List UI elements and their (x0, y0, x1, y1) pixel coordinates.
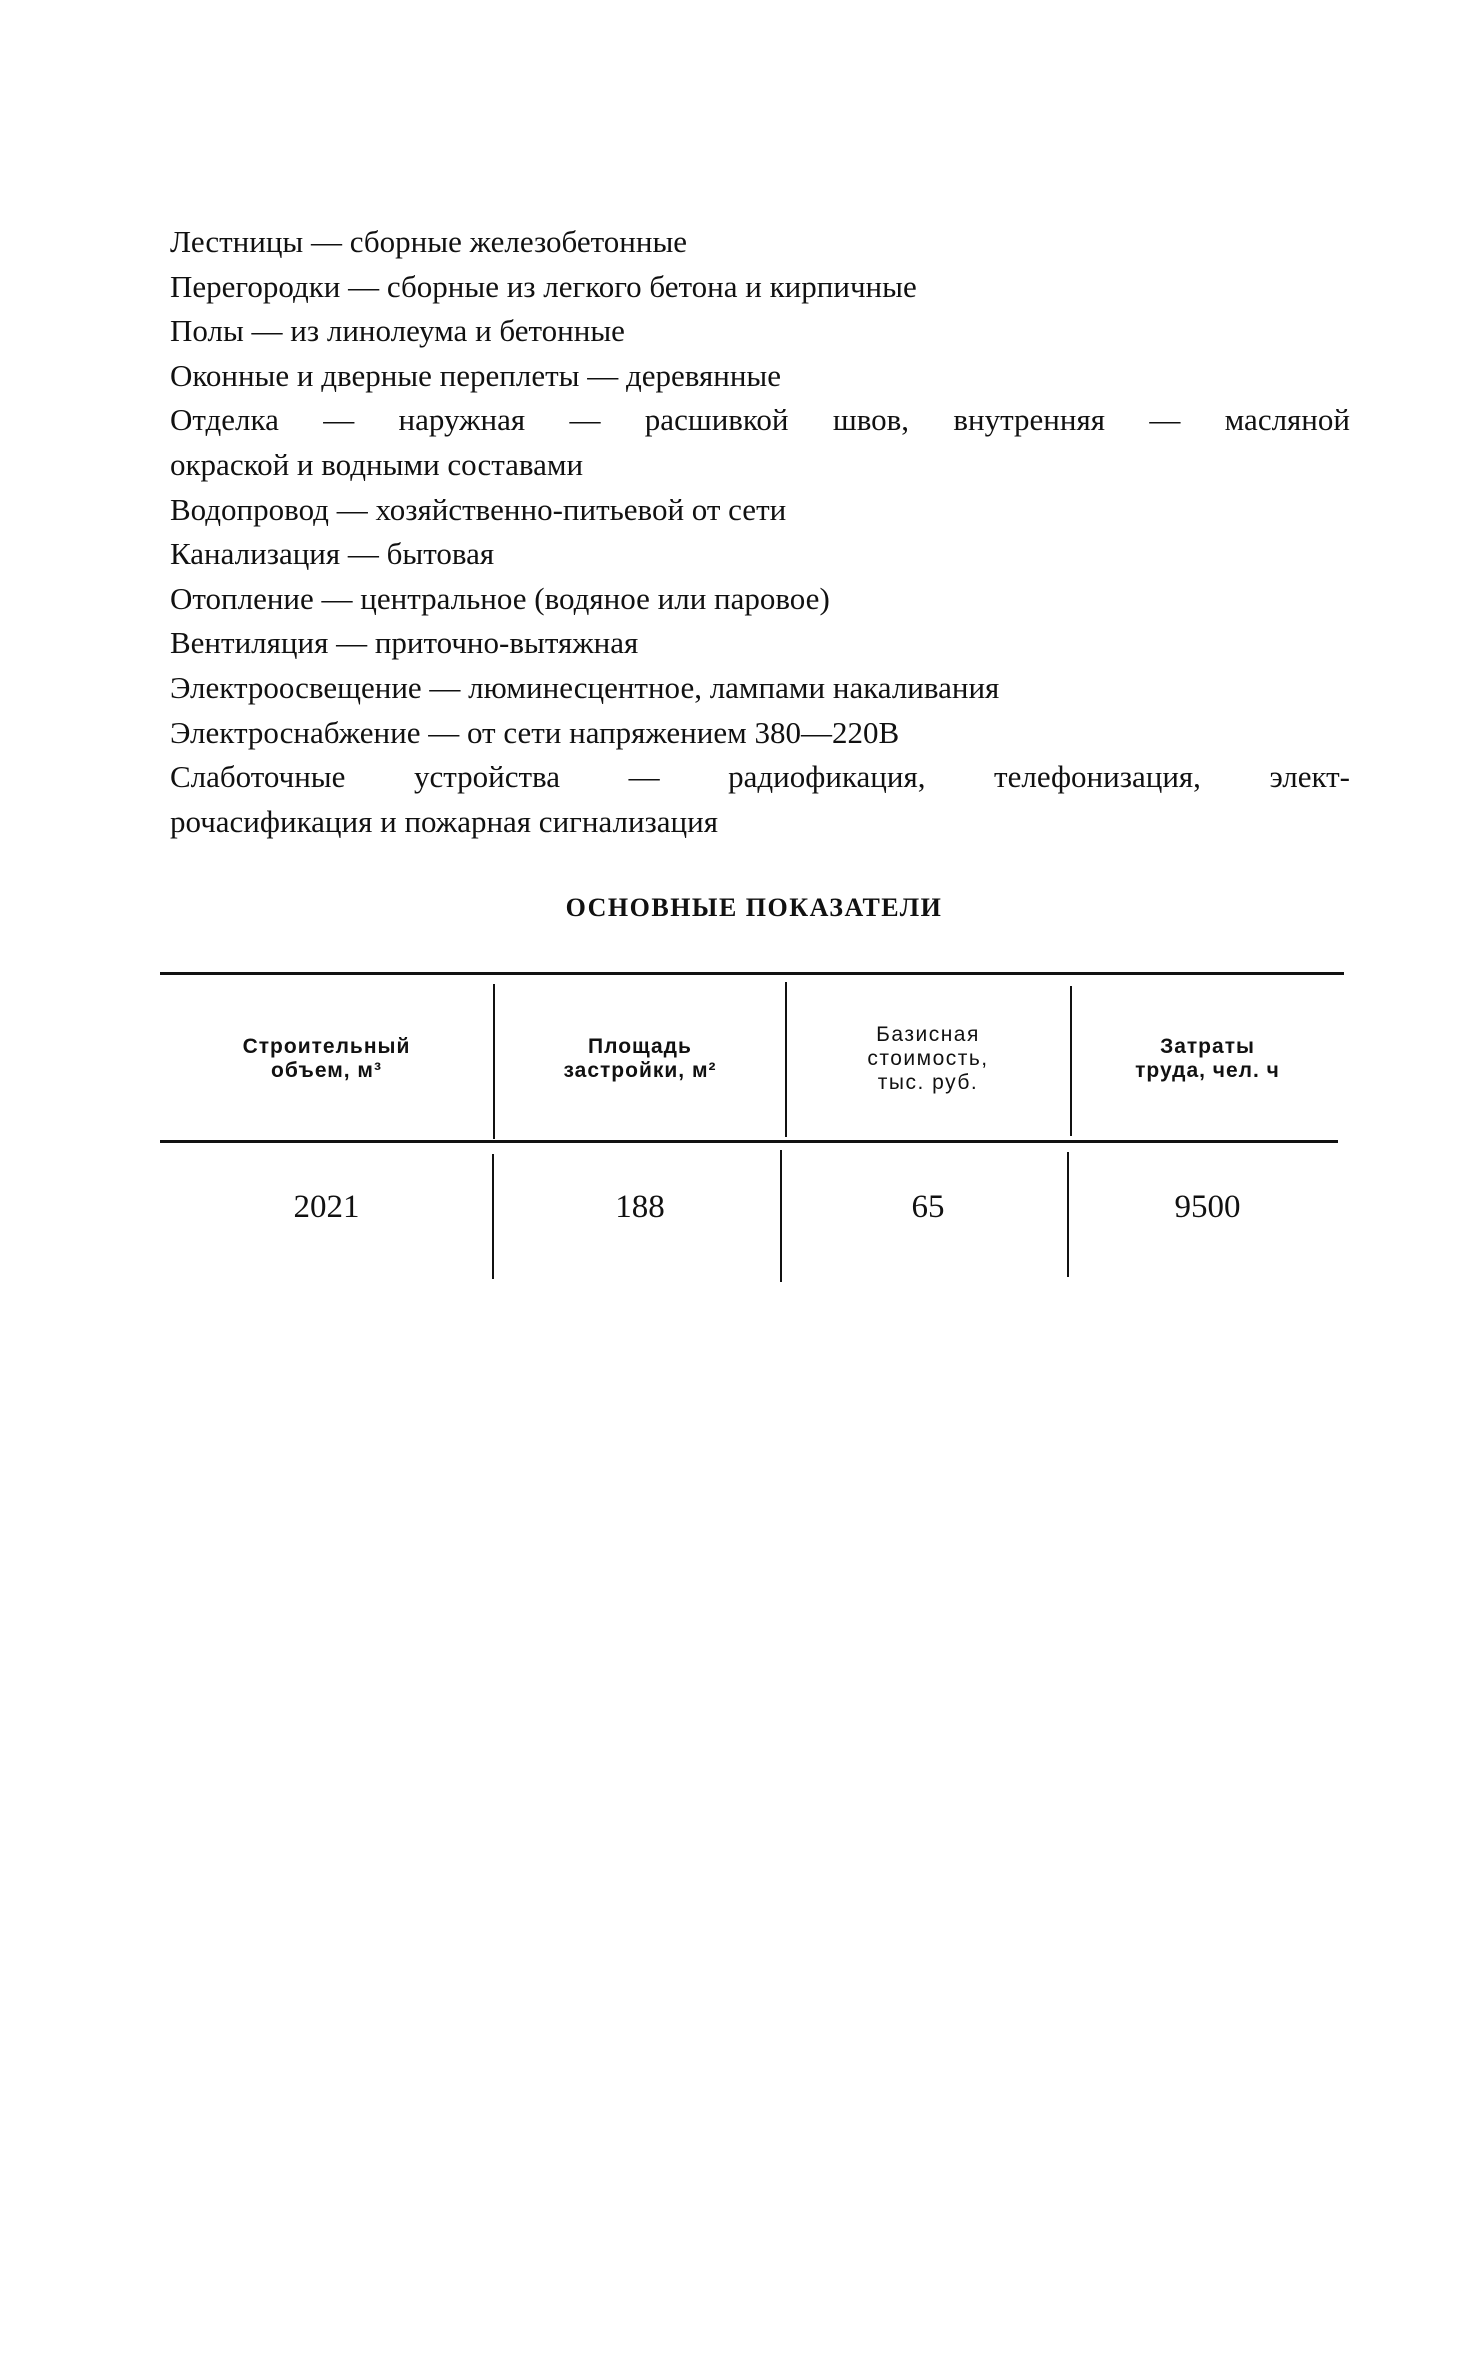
spec-line-low-current: Слаботочные устройства — радиофикация, т… (170, 755, 1350, 800)
header-built-up-area: Площадь застройки, м² (495, 984, 785, 1134)
table-top-rule (160, 972, 1344, 975)
header-labor-costs: Затраты труда, чел. ч (1071, 984, 1344, 1134)
spec-line-water-supply: Водопровод — хозяйственно-питьевой от се… (170, 488, 1350, 533)
spec-line-finishing: Отделка — наружная — расшивкой швов, вну… (170, 398, 1350, 443)
section-title: ОСНОВНЫЕ ПОКАЗАТЕЛИ (0, 893, 1477, 923)
spec-line-lighting: Электроосвещение — люминесцентное, лампа… (170, 666, 1350, 711)
spec-line-window-door-frames: Оконные и дверные переплеты — деревянные (170, 354, 1350, 399)
table-cell-building-volume: 2021 (160, 1152, 493, 1262)
table-cell-built-up-area: 188 (495, 1152, 785, 1262)
header-building-volume: Строительный объем, м³ (160, 984, 493, 1134)
spec-line-heating: Отопление — центральное (водяное или пар… (170, 577, 1350, 622)
spec-line-ventilation: Вентиляция — приточно-вытяжная (170, 621, 1350, 666)
header-base-cost: Базисная стоимость, тыс. руб. (787, 984, 1069, 1134)
spec-line-finishing-cont: окраской и водными составами (170, 443, 1350, 488)
header-body-separator (160, 1140, 1338, 1143)
spec-line-floors: Полы — из линолеума и бетонные (170, 309, 1350, 354)
table-cell-base-cost: 65 (787, 1152, 1069, 1262)
spec-line-low-current-cont: рочасификация и пожарная сигнализация (170, 800, 1350, 845)
table-cell-labor-costs: 9500 (1071, 1152, 1344, 1262)
specifications-list: Лестницы — сборные железобетонные Перего… (170, 220, 1350, 844)
spec-line-stairs: Лестницы — сборные железобетонные (170, 220, 1350, 265)
spec-line-power-supply: Электроснабжение — от сети напряжением 3… (170, 711, 1350, 756)
spec-line-sewerage: Канализация — бытовая (170, 532, 1350, 577)
spec-line-partitions: Перегородки — сборные из легкого бетона … (170, 265, 1350, 310)
